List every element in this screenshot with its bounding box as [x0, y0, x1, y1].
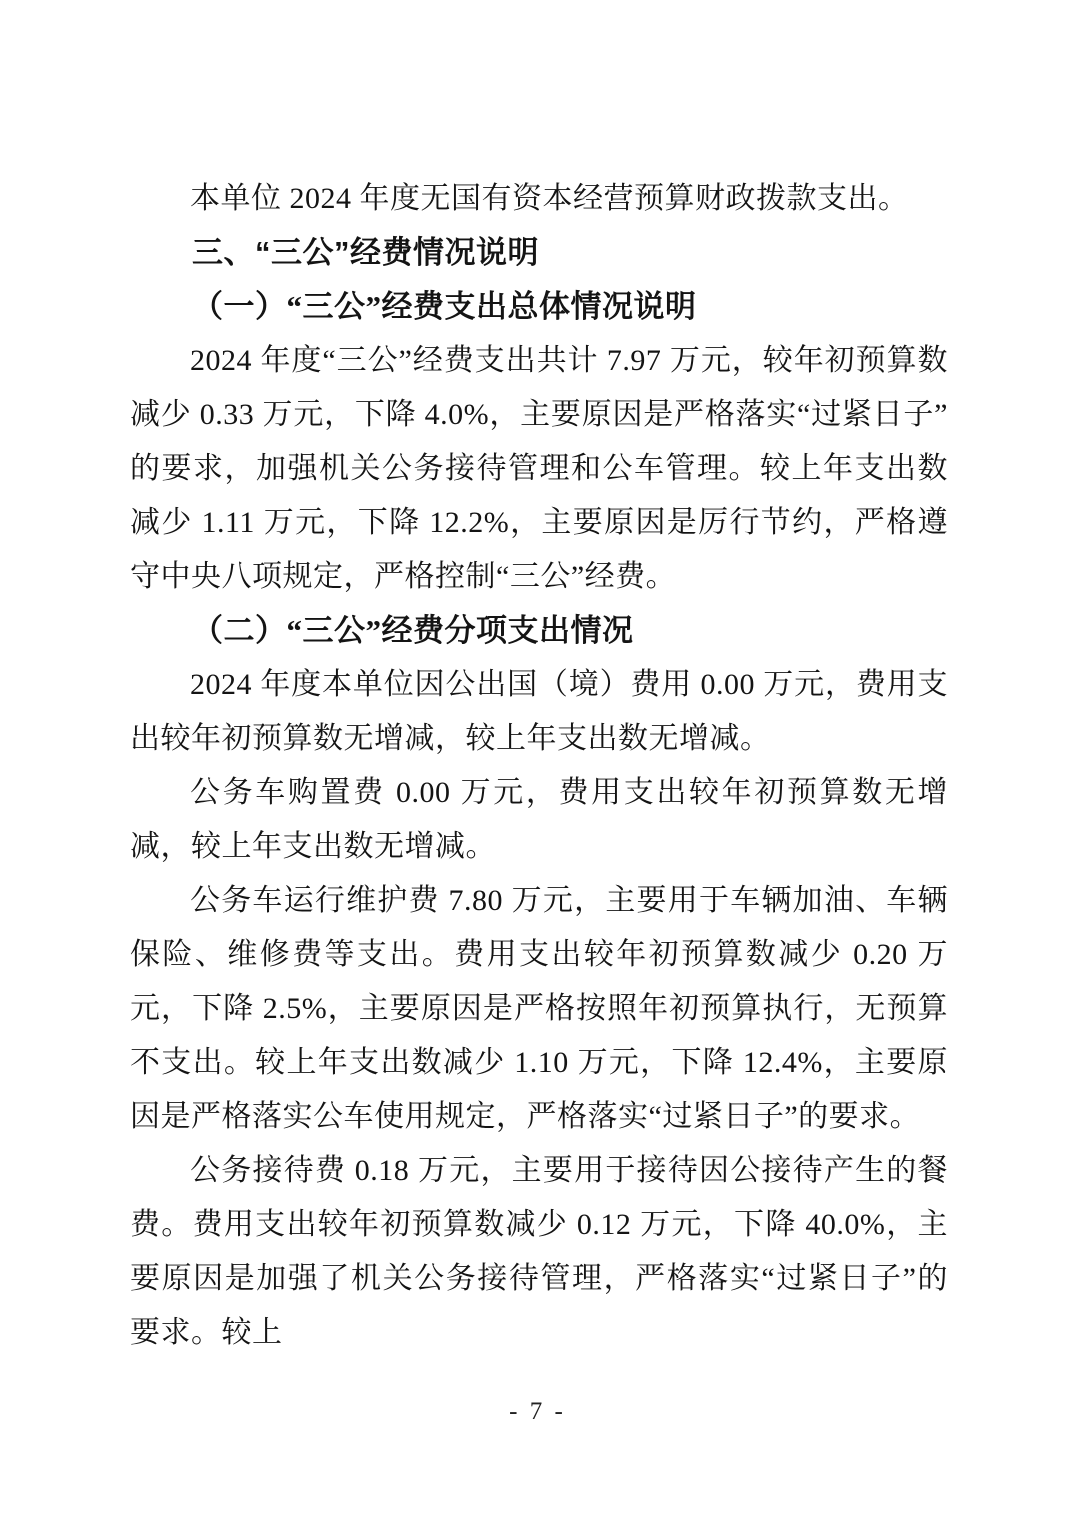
paragraph-overseas-travel-expense: 2024 年度本单位因公出国（境）费用 0.00 万元，费用支出较年初预算数无增…	[130, 658, 948, 766]
subsection-heading-itemized-expenditure: （二）“三公”经费分项支出情况	[130, 604, 948, 658]
subsection-heading-overall-expenditure: （一）“三公”经费支出总体情况说明	[130, 280, 948, 334]
document-page: 本单位 2024 年度无国有资本经营预算财政拨款支出。 三、“三公”经费情况说明…	[0, 0, 1075, 1520]
paragraph-no-state-capital-note: 本单位 2024 年度无国有资本经营预算财政拨款支出。	[130, 172, 948, 226]
page-number: - 7 -	[0, 1398, 1075, 1426]
paragraph-vehicle-purchase-expense: 公务车购置费 0.00 万元，费用支出较年初预算数无增减，较上年支出数无增减。	[130, 766, 948, 874]
paragraph-vehicle-operation-expense: 公务车运行维护费 7.80 万元，主要用于车辆加油、车辆保险、维修费等支出。费用…	[130, 874, 948, 1144]
paragraph-overall-expenditure: 2024 年度“三公”经费支出共计 7.97 万元，较年初预算数减少 0.33 …	[130, 334, 948, 604]
section-heading-three-public-funds: 三、“三公”经费情况说明	[130, 226, 948, 280]
paragraph-official-reception-expense: 公务接待费 0.18 万元，主要用于接待因公接待产生的餐费。费用支出较年初预算数…	[130, 1144, 948, 1360]
document-body: 本单位 2024 年度无国有资本经营预算财政拨款支出。 三、“三公”经费情况说明…	[130, 172, 948, 1360]
